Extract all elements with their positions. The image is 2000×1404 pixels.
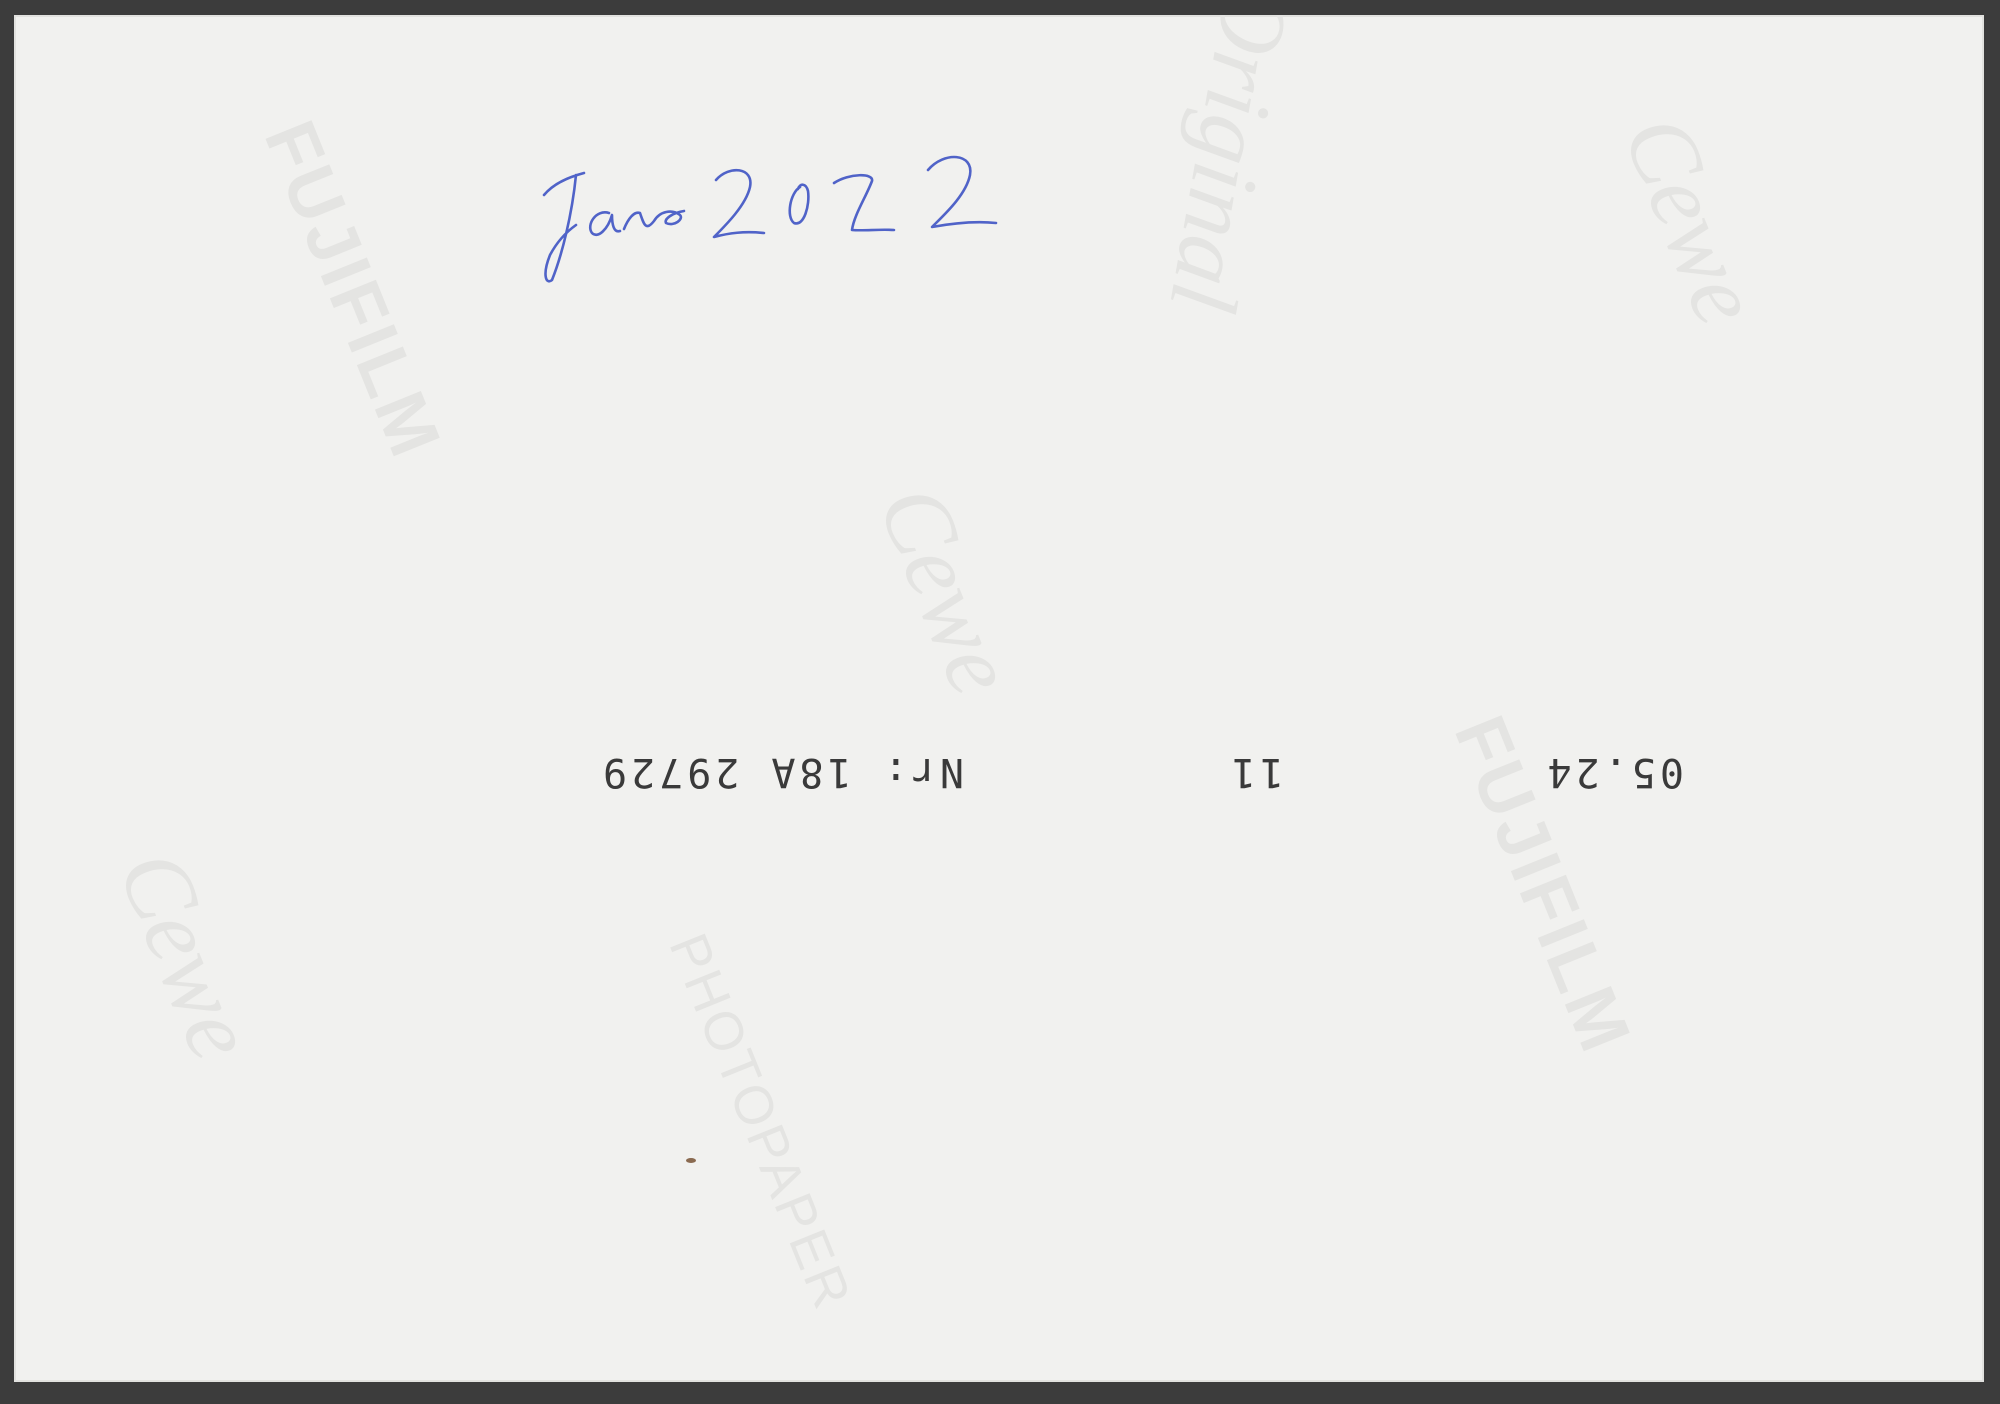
watermark-script: Cewe [856,470,1039,709]
watermark-script: Cewe [96,835,279,1074]
photo-back: FUJIFILM FUJIFILM Cewe Cewe Cewe Origina… [14,15,1984,1382]
handwritten-note: Jaro 2022 [514,135,1214,295]
watermark-photopaper: PHOTOPAPER [657,925,864,1319]
backprint-order-number: Nr: 18A 29729 [599,749,964,795]
backprint-date: 05.24 [1544,749,1684,795]
handwriting-strokes [514,135,1214,295]
backprint-frame: 11 [1228,749,1284,795]
backprint-code: 05.24 11 Nr: 18A 29729 [534,745,1684,795]
watermark-fujifilm: FUJIFILM [248,110,457,471]
watermark-script: Cewe [1601,100,1784,339]
paper-speck [686,1158,696,1163]
